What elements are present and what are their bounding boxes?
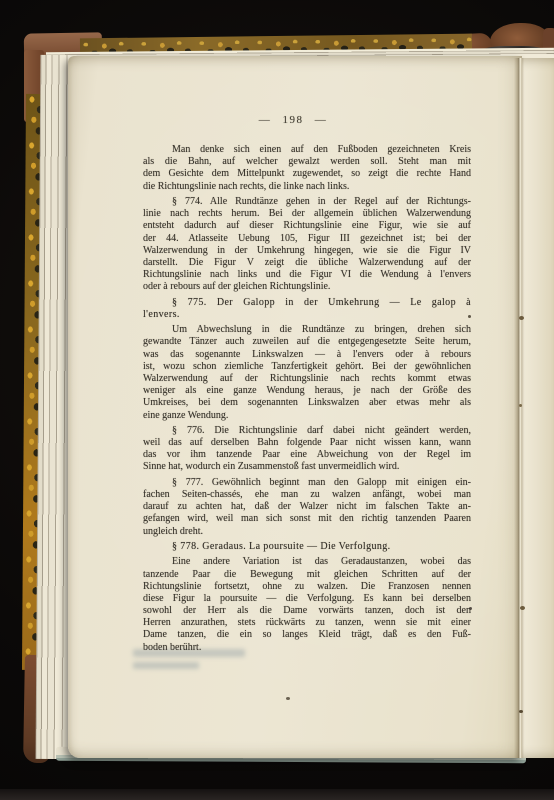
text-line: Eine andere Variation ist das Geradausta… xyxy=(143,556,471,568)
text-line: gefangen wird, weil man sich sonst mit d… xyxy=(143,513,471,525)
text-line: Um Abwechslung in die Rundtänze zu bring… xyxy=(143,324,471,336)
sewing-hole xyxy=(519,404,522,407)
text-line: weil das auf derselben Bahn folgende Paa… xyxy=(143,437,471,449)
page-number: — 198 — xyxy=(129,114,457,127)
text-line: entsteht dadurch auf dieser Richtungslin… xyxy=(143,220,471,232)
section-heading: § 778. Geradaus. La poursuite — Die Verf… xyxy=(143,541,471,553)
text-line: Man denke sich einen auf den Fußboden ge… xyxy=(143,144,471,156)
text-line: als die Bahn, auf welcher gewalzt werden… xyxy=(143,156,471,168)
text-line: § 777. Gewöhnlich beginnt man den Galopp… xyxy=(143,477,471,489)
page-text-column: — 198 — Man denke sich einen auf den Fuß… xyxy=(143,114,471,654)
text-line: tanzende Paar die Bewegung mit gleichen … xyxy=(143,569,471,581)
text-line: eine ganze Wendung. xyxy=(143,410,471,422)
text-line: ungleich dreht. xyxy=(143,526,471,538)
text-line: linie nach rechts herum. Bei der allgeme… xyxy=(143,208,471,220)
paragraph: Man denke sich einen auf den Fußboden ge… xyxy=(143,144,471,193)
text-line: Umkreises, bei dem sogenannten Linkswalz… xyxy=(143,397,471,409)
text-line: sowohl der Herr als die Dame vorwärts ta… xyxy=(143,605,471,617)
text-line: § 774. Alle Rundtänze gehen in der Regel… xyxy=(143,196,471,208)
text-line: boden berührt. xyxy=(143,642,471,654)
text-line: Sinne hat, wodurch ein Zusammenstoß fast… xyxy=(143,461,471,473)
text-line: was das sogenannte Linkswalzen — à l'env… xyxy=(143,349,471,361)
text-line: Dame tanzen, die ein so langes Kleid trä… xyxy=(143,629,471,641)
text-line: ist, wozu schon ziemliche Tanzfertigkeit… xyxy=(143,361,471,373)
sewing-hole xyxy=(519,316,524,320)
text-line: das vor ihm tanzende Paar eine Abweichun… xyxy=(143,449,471,461)
text-line: oder à rebours auf der gleichen Richtung… xyxy=(143,281,471,293)
section-heading: § 775. Der Galopp in der Umkehrung — Le … xyxy=(143,297,471,321)
book-photo: — 198 — Man denke sich einen auf den Fuß… xyxy=(0,0,554,800)
text-line: § 776. Die Richtungslinie darf dabei nic… xyxy=(143,425,471,437)
paragraph: § 777. Gewöhnlich beginnt man den Galopp… xyxy=(143,477,471,538)
sewing-hole xyxy=(520,606,525,610)
text-line: der 44. Atlasseite Uebung 105, Figur III… xyxy=(143,233,471,245)
text-line: gewandte Tänzer auch zuweilen auf die en… xyxy=(143,336,471,348)
ink-show-through xyxy=(133,662,199,669)
facing-page-sliver xyxy=(522,58,554,758)
text-line: Richtungslinie nach links und die Figur … xyxy=(143,269,471,281)
text-line: fachen Seiten-chassés, ehe man zu walzen… xyxy=(143,489,471,501)
foxing-speck xyxy=(286,697,290,700)
text-line: Richtungslinie fortsetzt, ohne zu walzen… xyxy=(143,581,471,593)
text-line: Herren anzurathen, stets rückwärts zu ta… xyxy=(143,617,471,629)
text-line: die Richtungslinie nach rechts, die link… xyxy=(143,181,471,193)
page-paragraphs: Man denke sich einen auf den Fußboden ge… xyxy=(143,144,471,654)
paragraph: § 774. Alle Rundtänze gehen in der Regel… xyxy=(143,196,471,294)
sewing-hole xyxy=(519,710,523,713)
table-edge xyxy=(0,789,554,800)
gutter-crease xyxy=(514,58,524,758)
text-line: Walzerwendung auf der Richtungslinie nac… xyxy=(143,373,471,385)
paragraph: Um Abwechslung in die Rundtänze zu bring… xyxy=(143,324,471,422)
text-line: weniger als eine ganze Wendung heraus, j… xyxy=(143,385,471,397)
text-line: diese Figur la poursuite — die Verfolgun… xyxy=(143,593,471,605)
text-line: § 775. Der Galopp in der Umkehrung — Le … xyxy=(143,297,471,309)
text-line: § 778. Geradaus. La poursuite — Die Verf… xyxy=(143,541,471,553)
text-line: darauf zu achten hat, daß der Walzer nic… xyxy=(143,501,471,513)
paragraph: Eine andere Variation ist das Geradausta… xyxy=(143,556,471,654)
text-line: darstellt. Die Figur V zeigt die übliche… xyxy=(143,257,471,269)
text-line: Walzerwendung in der Umkehrung hingegen,… xyxy=(143,245,471,257)
paragraph: § 776. Die Richtungslinie darf dabei nic… xyxy=(143,425,471,474)
text-line: dem Gesichte dem Mittelpunkt zugewendet,… xyxy=(143,168,471,180)
text-line: l'envers. xyxy=(143,309,471,321)
